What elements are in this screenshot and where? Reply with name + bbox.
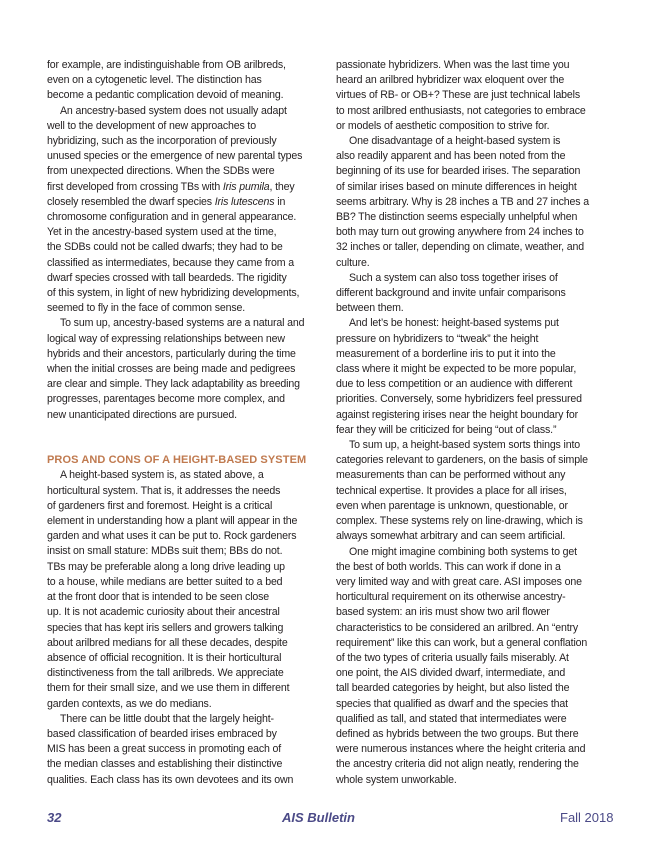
text-line: of the two types of criteria usually fai… xyxy=(336,651,614,666)
text-line: insist on small stature: MDBs suit them;… xyxy=(47,544,325,559)
text-line: of gardeners first and foremost. Height … xyxy=(47,499,325,514)
paragraph-start: One might imagine combining both systems… xyxy=(336,545,614,560)
text-line: species that has kept iris sellers and g… xyxy=(47,621,325,636)
text-line: due to less competition or an audience w… xyxy=(336,377,614,392)
text-line: at the front door that is intended to be… xyxy=(47,590,325,605)
document-page: for example, are indistinguishable from … xyxy=(0,0,658,846)
text-line: them for their small size, and we use th… xyxy=(47,681,325,696)
text-line: new unanticipated directions are pursued… xyxy=(47,408,325,423)
paragraph-start: A height-based system is, as stated abov… xyxy=(47,468,325,483)
text-line: complex. These systems rely on line-draw… xyxy=(336,514,614,529)
text-line: MIS has been a great success in promotin… xyxy=(47,742,325,757)
section-spacer xyxy=(47,423,325,453)
text-line: against registering irises near the heig… xyxy=(336,408,614,423)
text-line: horticultural requirement on its otherwi… xyxy=(336,590,614,605)
text-line: of similar irises based on minute differ… xyxy=(336,180,614,195)
paragraph-start: To sum up, ancestry-based systems are a … xyxy=(47,316,325,331)
text-line: to most arilbred enthusiasts, not catego… xyxy=(336,104,614,119)
text-line: technical expertise. It provides a place… xyxy=(336,484,614,499)
text-line: BB? The distinction seems especially unh… xyxy=(336,210,614,225)
text-line: virtues of RB- or OB+? These are just te… xyxy=(336,88,614,103)
text-line: fear they will be criticized for being “… xyxy=(336,423,614,438)
paragraph-start: An ancestry-based system does not usuall… xyxy=(47,104,325,119)
text-line: the median classes and establishing thei… xyxy=(47,757,325,772)
text-line: logical way of expressing relationships … xyxy=(47,332,325,347)
text-line: both may turn out growing anywhere from … xyxy=(336,225,614,240)
text-line: dwarf species crossed with tall beardeds… xyxy=(47,271,325,286)
right-column: passionate hybridizers. When was the las… xyxy=(336,58,614,788)
text-line: passionate hybridizers. When was the las… xyxy=(336,58,614,73)
text-line: culture. xyxy=(336,256,614,271)
text-line: the ancestry criteria did not align neat… xyxy=(336,757,614,772)
text-line: or models of aesthetic composition to st… xyxy=(336,119,614,134)
text-line: even on a cytogenetic level. The distinc… xyxy=(47,73,325,88)
species-name-lutescens: Iris lutescens xyxy=(215,196,275,208)
text-line: chromosome configuration and in general … xyxy=(47,210,325,225)
text-line: seems arbitrary. Why is 28 inches a TB a… xyxy=(336,195,614,210)
text-line: categories relevant to gardeners, on the… xyxy=(336,453,614,468)
text-line: unused species or the emergence of new p… xyxy=(47,149,325,164)
text-line: absence of official recognition. It is t… xyxy=(47,651,325,666)
text-line: beginning of its use for bearded irises.… xyxy=(336,164,614,179)
text-line: characteristics to be considered an aril… xyxy=(336,621,614,636)
text-line: class where it might be expected to be m… xyxy=(336,362,614,377)
text-line: heard an arilbred hybridizer wax eloquen… xyxy=(336,73,614,88)
text-line: the SDBs could not be called dwarfs; the… xyxy=(47,240,325,255)
text-line: garden and what uses it can be put to. R… xyxy=(47,529,325,544)
text-line: whole system unworkable. xyxy=(336,773,614,788)
text-line: defined as hybrids between the two group… xyxy=(336,727,614,742)
text-line: up. It is not academic curiosity about t… xyxy=(47,605,325,620)
issue-label: Fall 2018 xyxy=(560,810,613,825)
text-line: based system: an iris must show two aril… xyxy=(336,605,614,620)
left-column: for example, are indistinguishable from … xyxy=(47,58,325,788)
text-line: also readily apparent and has been noted… xyxy=(336,149,614,164)
text-line: seemed to fly in the face of common sens… xyxy=(47,301,325,316)
text-line: measurements than can be performed witho… xyxy=(336,468,614,483)
paragraph-start: One disadvantage of a height-based syste… xyxy=(336,134,614,149)
text-line: about arilbred medians for all these dec… xyxy=(47,636,325,651)
text-line: tall bearded categories by height, but a… xyxy=(336,681,614,696)
text-line: when the initial crosses are being made … xyxy=(47,362,325,377)
text-fragment: in xyxy=(274,196,285,208)
text-line: the best of both worlds. This can work i… xyxy=(336,560,614,575)
paragraph-start: There can be little doubt that the large… xyxy=(47,712,325,727)
text-line: different background and invite unfair c… xyxy=(336,286,614,301)
text-line: from unexpected directions. When the SDB… xyxy=(47,164,325,179)
text-line: were numerous instances where the height… xyxy=(336,742,614,757)
text-fragment: , they xyxy=(270,181,295,193)
paragraph-start: To sum up, a height-based system sorts t… xyxy=(336,438,614,453)
publication-title: AIS Bulletin xyxy=(282,810,355,825)
text-line: even when parentage is unknown, question… xyxy=(336,499,614,514)
text-line: TBs may be preferable along a long drive… xyxy=(47,560,325,575)
text-line: of this system, in light of new hybridiz… xyxy=(47,286,325,301)
text-line: garden contexts, as we do medians. xyxy=(47,697,325,712)
text-line: for example, are indistinguishable from … xyxy=(47,58,325,73)
text-line: hybridizing, such as the incorporation o… xyxy=(47,134,325,149)
text-line: first developed from crossing TBs with I… xyxy=(47,180,325,195)
page-number: 32 xyxy=(47,810,61,825)
text-line: species that qualified as dwarf and the … xyxy=(336,697,614,712)
text-line: horticultural system. That is, it addres… xyxy=(47,484,325,499)
text-line: to a house, while medians are better sui… xyxy=(47,575,325,590)
text-fragment: closely resembled the dwarf species xyxy=(47,196,215,208)
text-line: one point, the AIS divided dwarf, interm… xyxy=(336,666,614,681)
text-line: always somewhat arbitrary and can seem a… xyxy=(336,529,614,544)
paragraph-start: Such a system can also toss together iri… xyxy=(336,271,614,286)
text-line: pressure on hybridizers to “tweak” the h… xyxy=(336,332,614,347)
text-line: priorities. Conversely, some hybridizers… xyxy=(336,392,614,407)
text-line: qualities. Each class has its own devote… xyxy=(47,773,325,788)
text-line: classified as intermediates, because the… xyxy=(47,256,325,271)
text-line: progresses, parentages become more compl… xyxy=(47,392,325,407)
text-line: become a pedantic complication devoid of… xyxy=(47,88,325,103)
paragraph-start: And let’s be honest: height-based system… xyxy=(336,316,614,331)
section-heading: PROS AND CONS OF A HEIGHT-BASED SYSTEM xyxy=(47,453,325,468)
text-line: very limited way and with great care. AS… xyxy=(336,575,614,590)
text-line: hybrids and their ancestors, particularl… xyxy=(47,347,325,362)
text-line: requirement” like this can work, but a g… xyxy=(336,636,614,651)
text-line: measurement of a borderline iris to put … xyxy=(336,347,614,362)
text-line: Yet in the ancestry-based system used at… xyxy=(47,225,325,240)
text-line: well to the development of new approache… xyxy=(47,119,325,134)
text-line: between them. xyxy=(336,301,614,316)
text-line: 32 inches or taller, depending on climat… xyxy=(336,240,614,255)
text-line: qualified as tall, and stated that inter… xyxy=(336,712,614,727)
text-fragment: first developed from crossing TBs with xyxy=(47,181,223,193)
text-line: based classification of bearded irises e… xyxy=(47,727,325,742)
text-line: closely resembled the dwarf species Iris… xyxy=(47,195,325,210)
species-name-pumila: Iris pumila xyxy=(223,181,270,193)
text-line: element in understanding how a plant wil… xyxy=(47,514,325,529)
text-line: distinctiveness from the tall arilbreds.… xyxy=(47,666,325,681)
text-line: are clear and simple. They lack adaptabi… xyxy=(47,377,325,392)
